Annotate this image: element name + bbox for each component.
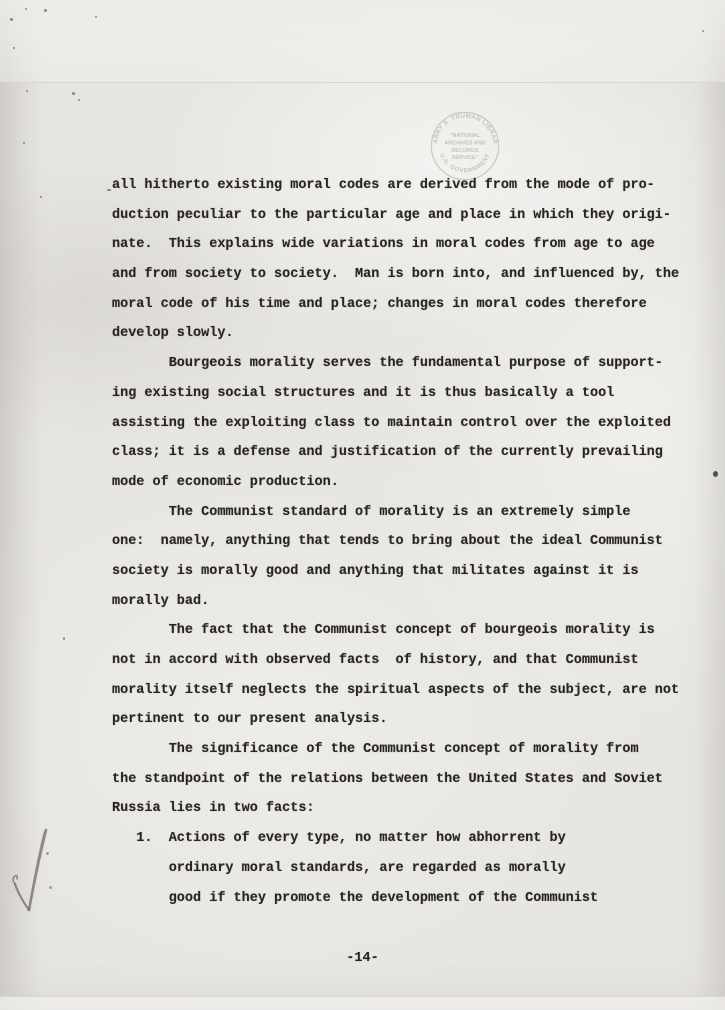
scan-speckle [13,47,15,49]
pencil-checkmark-icon [2,820,62,924]
text-line: ing existing social structures and it is… [112,379,712,409]
text-line: pertinent to our present analysis. [112,705,712,735]
text-line: duction peculiar to the particular age a… [112,201,712,231]
text-line: The significance of the Communist concep… [112,735,712,765]
text-line: 1. Actions of every type, no matter how … [112,824,712,854]
text-line: good if they promote the development of … [112,884,712,914]
paragraph: Bourgeois morality serves the fundamenta… [112,349,712,497]
text-line: The Communist standard of morality is an… [112,498,712,528]
text-line: all hitherto existing moral codes are de… [112,171,712,201]
text-line: society is morally good and anything tha… [112,557,712,587]
text-line: nate. This explains wide variations in m… [112,230,712,260]
scan-speckle [95,16,97,18]
numbered-list-item: 1. Actions of every type, no matter how … [112,824,712,913]
text-line: not in accord with observed facts of his… [112,646,712,676]
stamp-center-line: ARCHIVES AND [444,141,485,147]
scan-speckle [702,30,704,32]
text-line: mode of economic production. [112,468,712,498]
scan-speckle [713,471,718,477]
stamp-center-line: "NATIONAL [450,133,481,139]
paragraph: The significance of the Communist concep… [112,735,712,824]
scan-speckle [26,90,28,92]
text-line: and from society to society. Man is born… [112,260,712,290]
text-line: morality itself neglects the spiritual a… [112,676,712,706]
scanned-document: HARRY S. TRUMAN LIBRARY U.S. GOVERNMENT … [0,0,725,1010]
scan-speckle [107,189,111,191]
text-line: Bourgeois morality serves the fundamenta… [112,349,712,379]
scan-speckle [46,852,49,855]
text-line: the standpoint of the relations between … [112,765,712,795]
text-line: Russia lies in two facts: [112,794,712,824]
typewritten-text-block: all hitherto existing moral codes are de… [112,171,712,913]
scan-top-strip [0,0,725,83]
scan-speckle [44,9,47,12]
scan-speckle [10,18,13,21]
paragraph: The fact that the Communist concept of b… [112,616,712,735]
paragraph: The Communist standard of morality is an… [112,498,712,617]
text-line: ordinary moral standards, are regarded a… [112,854,712,884]
scan-speckle [72,92,75,95]
scan-speckle [23,142,25,144]
text-line: moral code of his time and place; change… [112,290,712,320]
scan-speckle [63,637,65,640]
stamp-center-line: SERVICE" [452,155,479,161]
scan-speckle [25,8,27,10]
text-line: develop slowly. [112,319,712,349]
scan-speckle [49,886,52,889]
stamp-center-line: RECORDS [451,148,479,154]
scan-bottom-strip [0,996,725,1010]
text-line: class; it is a defense and justification… [112,438,712,468]
scan-speckle [40,196,42,198]
text-line: morally bad. [112,587,712,617]
page-number: -14- [0,951,725,966]
text-line: assisting the exploiting class to mainta… [112,409,712,439]
text-line: one: namely, anything that tends to brin… [112,527,712,557]
paragraph: all hitherto existing moral codes are de… [112,171,712,349]
text-line: The fact that the Communist concept of b… [112,616,712,646]
scan-speckle [78,99,80,101]
